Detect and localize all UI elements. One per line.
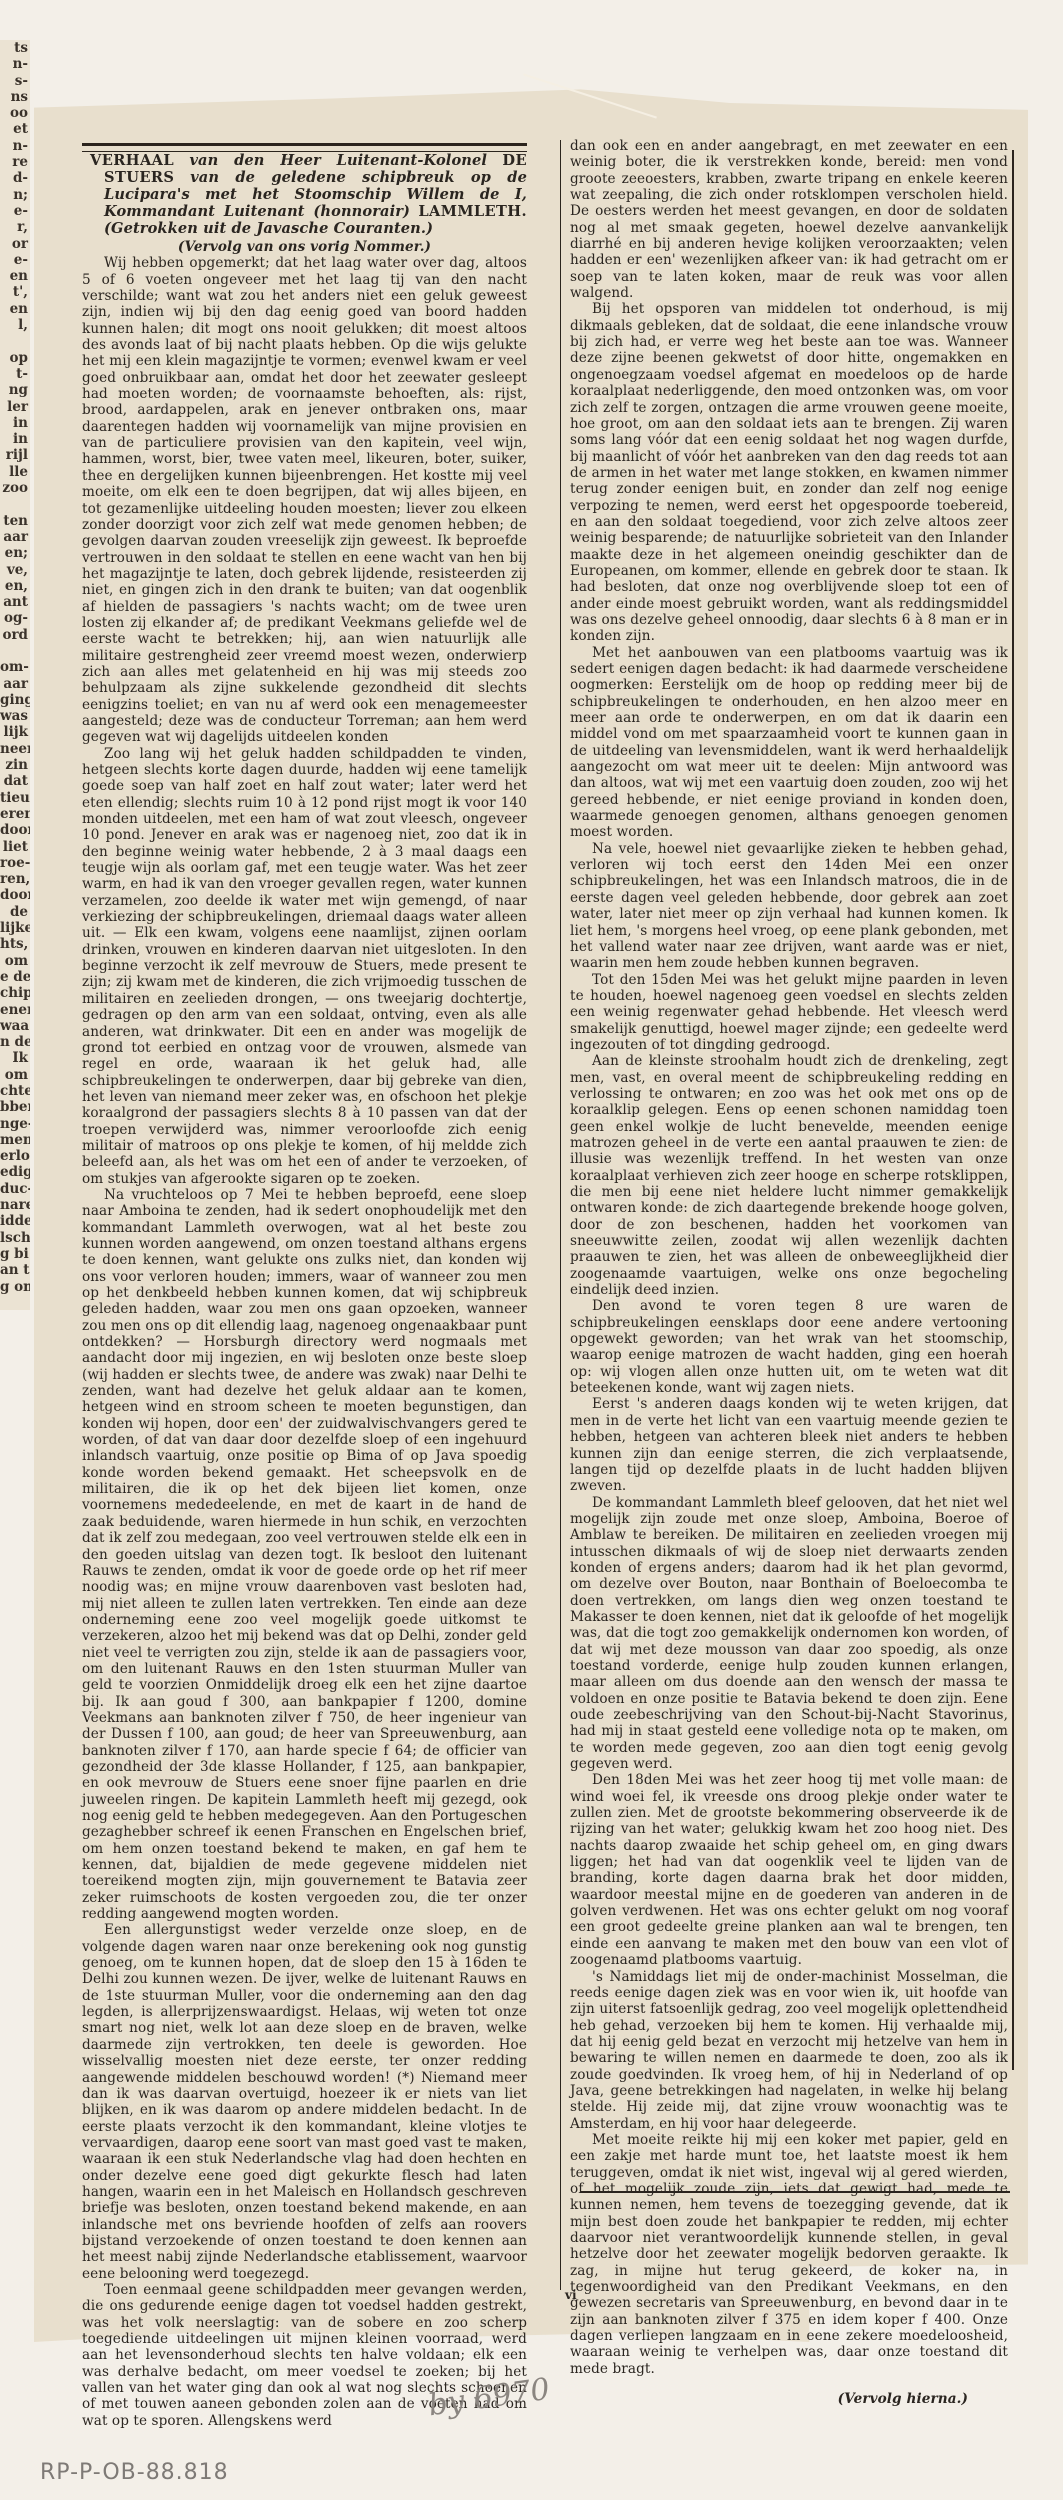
paragraph: Den avond te voren tegen 8 ure waren de … [570,1298,1008,1396]
paragraph: Met moeite reikte hij mij een koker met … [570,2132,1008,2377]
left-column: VERHAAL van den Heer Luitenant-Kolonel D… [82,152,527,2429]
paragraph: Met het aanbouwen van een platbooms vaar… [570,645,1008,841]
stray-fragment: vi [565,2288,577,2302]
paragraph: De kommandant Lammleth bleef gelooven, d… [570,1495,1008,1773]
right-column-border [1012,150,1014,2070]
continued-from-note: (Vervolg van ons vorig Nommer.) [82,239,527,255]
paragraph: Den 18den Mei was het zeer hoog tij met … [570,1772,1008,1968]
paragraph: Bij het opsporen van middelen tot onderh… [570,301,1008,644]
article-headline: VERHAAL van den Heer Luitenant-Kolonel D… [82,152,527,237]
paragraph: Na vele, hoewel niet gevaarlijke zieken … [570,841,1008,972]
paragraph: Zoo lang wij het geluk hadden schildpadd… [82,746,527,1187]
headline-rule [82,143,527,152]
paragraph: Wij hebben opgemerkt; dat het laag water… [82,255,527,745]
paragraph: Een allergunstigst weder verzelde onze s… [82,1922,527,2282]
paragraph: Aan de kleinste stroohalm houdt zich de … [570,1053,1008,1298]
paragraph: Tot den 15den Mei was het gelukt mijne p… [570,972,1008,1054]
paragraph: Eerst 's anderen daags konden wij te wet… [570,1396,1008,1494]
left-margin-fragments: ts n- s- ns oo et n- re d- n; e- r, or e… [0,40,30,1295]
paragraph: Na vruchteloos op 7 Mei te hebben beproe… [82,1187,527,1922]
paragraph: dan ook een en ander aangebragt, en met … [570,138,1008,301]
paragraph: 's Namiddags liet mij de onder-machinist… [570,1969,1008,2132]
column-divider [560,140,561,2290]
continued-next-note: (Vervolg hierna.) [570,2391,1008,2407]
adjacent-clipping-fragment: ts n- s- ns oo et n- re d- n; e- r, or e… [0,40,30,1310]
catalog-number: RP-P-OB-88.818 [40,2460,229,2485]
right-column: dan ook een en ander aangebragt, en met … [570,138,1008,2421]
